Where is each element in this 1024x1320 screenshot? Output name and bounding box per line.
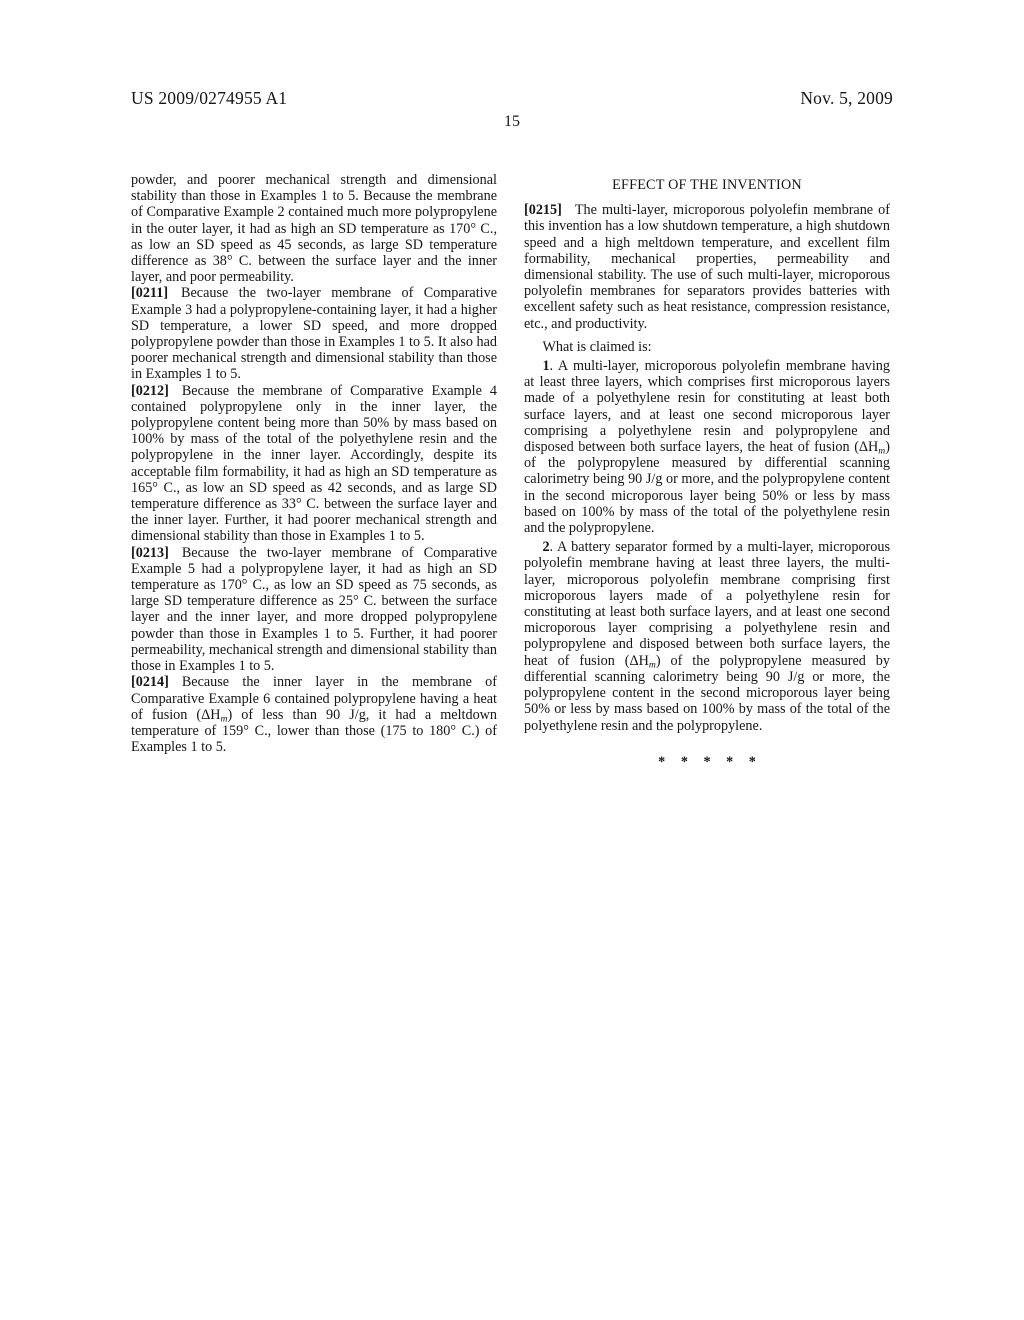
patent-document-page: US 2009/0274955 A1 Nov. 5, 2009 15 powde… bbox=[0, 0, 1024, 1320]
claim-1: 1. A multi-layer, microporous polyolefin… bbox=[524, 358, 890, 536]
paragraph-0211: [0211]Because the two-layer membrane of … bbox=[131, 285, 497, 382]
text-columns: powder, and poorer mechanical strength a… bbox=[131, 172, 890, 770]
paragraph-0210-continued: powder, and poorer mechanical strength a… bbox=[131, 172, 497, 285]
paragraph-0215: [0215]The multi-layer, microporous polyo… bbox=[524, 202, 890, 332]
publication-date: Nov. 5, 2009 bbox=[800, 88, 893, 109]
claim-2: 2. A battery separator formed by a multi… bbox=[524, 539, 890, 733]
claims-preamble: What is claimed is: bbox=[524, 339, 890, 355]
end-of-claims-asterisks: * * * * * bbox=[524, 754, 890, 770]
page-header: US 2009/0274955 A1 Nov. 5, 2009 bbox=[131, 88, 893, 109]
page-number: 15 bbox=[0, 113, 1024, 131]
right-column: EFFECT OF THE INVENTION[0215]The multi-l… bbox=[524, 172, 890, 770]
left-column: powder, and poorer mechanical strength a… bbox=[131, 172, 497, 770]
patent-publication-number: US 2009/0274955 A1 bbox=[131, 88, 287, 109]
section-heading-effect-of-the-invention: EFFECT OF THE INVENTION bbox=[524, 177, 890, 193]
paragraph-0214: [0214]Because the inner layer in the mem… bbox=[131, 674, 497, 755]
paragraph-0213: [0213]Because the two-layer membrane of … bbox=[131, 545, 497, 675]
paragraph-0212: [0212]Because the membrane of Comparativ… bbox=[131, 383, 497, 545]
